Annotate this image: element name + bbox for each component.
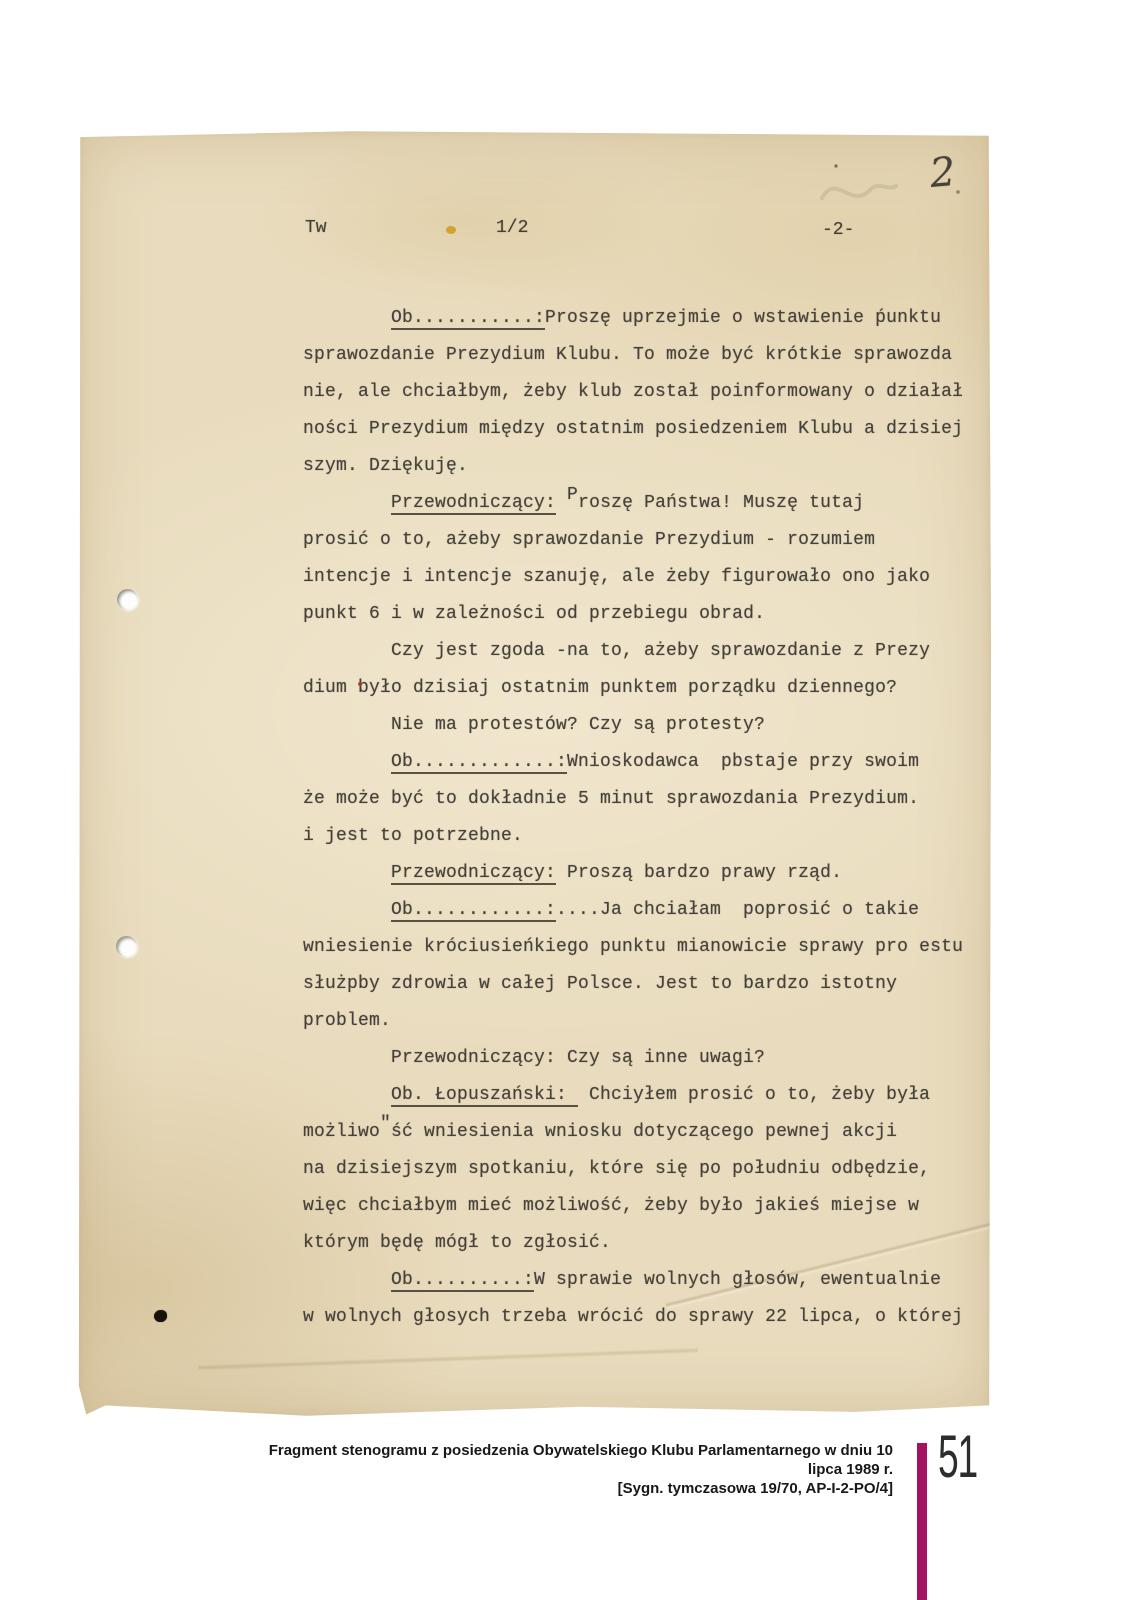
figure-caption: Fragment stenogramu z posiedzenia Obywat…	[233, 1441, 893, 1498]
typed-line: wniesienie króciusieńkiego punktu mianow…	[303, 929, 993, 966]
typed-line: Czy jest zgoda -na to, ażeby sprawozdani…	[303, 633, 993, 670]
typed-line: służpby zdrowia w całej Polsce. Jest to …	[303, 966, 993, 1003]
scanned-document: Tw 1/2 -2- 2 Ob...........:Proszę uprzej…	[78, 130, 991, 1417]
typed-line: Przewodniczący: Proszą bardzo prawy rząd…	[303, 855, 993, 892]
typed-line: którym będę mógł to zgłosić.	[303, 1225, 993, 1262]
typed-line: problem.	[303, 1003, 993, 1040]
typed-line: sprawozdanie Prezydium Klubu. To może by…	[303, 337, 993, 374]
typed-line: i jest to potrzebne.	[303, 818, 993, 855]
typed-line: nie, ale chciałbym, żeby klub został poi…	[303, 374, 993, 411]
typed-line: Ob. Łopuszański: Chciyłem prosić o to, ż…	[303, 1077, 993, 1114]
typed-line: Ob.............:Wnioskodawca pbstaje prz…	[303, 744, 993, 781]
red-speck	[358, 682, 362, 686]
punch-hole	[117, 589, 138, 610]
typed-header-left: Tw	[305, 218, 327, 238]
typed-line: ności Prezydium między ostatnim posiedze…	[303, 411, 993, 448]
typed-line: możliwo"ść wniesienia wniosku dotycząceg…	[303, 1114, 993, 1151]
typed-lines: Ob...........:Proszę uprzejmie o wstawie…	[303, 300, 993, 1336]
typed-line: Ob...........:Proszę uprzejmie o wstawie…	[303, 300, 993, 337]
caption-line-2: [Sygn. tymczasowa 19/70, AP-I-2-PO/4]	[233, 1479, 893, 1498]
caption-line-1: Fragment stenogramu z posiedzenia Obywat…	[233, 1441, 893, 1479]
typed-line: Ob..........:W sprawie wolnych głosów, e…	[303, 1262, 993, 1299]
typed-line: intencje i intencje szanuję, ale żeby fi…	[303, 559, 993, 596]
accent-bar	[917, 1443, 927, 1600]
typed-page-number: -2-	[822, 220, 854, 240]
book-page-number: 51	[938, 1427, 980, 1487]
typed-line: prosić o to, ażeby sprawozdanie Prezydiu…	[303, 522, 993, 559]
typed-line: Przewodniczący: Proszę Państwa! Muszę tu…	[303, 485, 993, 522]
typed-line: Nie ma protestów? Czy są protesty?	[303, 707, 993, 744]
typed-header-center: 1/2	[496, 218, 528, 238]
yellow-stain	[446, 226, 456, 234]
punch-hole	[116, 936, 137, 957]
typed-line: że może być to dokładnie 5 minut sprawoz…	[303, 781, 993, 818]
typed-line: punkt 6 i w zależności od przebiegu obra…	[303, 596, 993, 633]
handwritten-page-note: 2	[928, 149, 957, 197]
typed-line: więc chciałbym mieć możliwość, żeby było…	[303, 1188, 993, 1225]
paper-crease	[198, 1347, 698, 1370]
publication-page: Tw 1/2 -2- 2 Ob...........:Proszę uprzej…	[0, 0, 1131, 1600]
typed-line: w wolnych głosych trzeba wrócić do spraw…	[303, 1299, 993, 1336]
typed-line: dium było dzisiaj ostatnim punktem porzą…	[303, 670, 993, 707]
typed-line: Ob............:....Ja chciałam poprosić …	[303, 892, 993, 929]
typed-line: na dzisiejszym spotkaniu, które się po p…	[303, 1151, 993, 1188]
typed-line: szym. Dziękuję.	[303, 448, 993, 485]
typed-line: Przewodniczący: Czy są inne uwagi?	[303, 1040, 993, 1077]
ink-blot	[154, 1310, 167, 1322]
